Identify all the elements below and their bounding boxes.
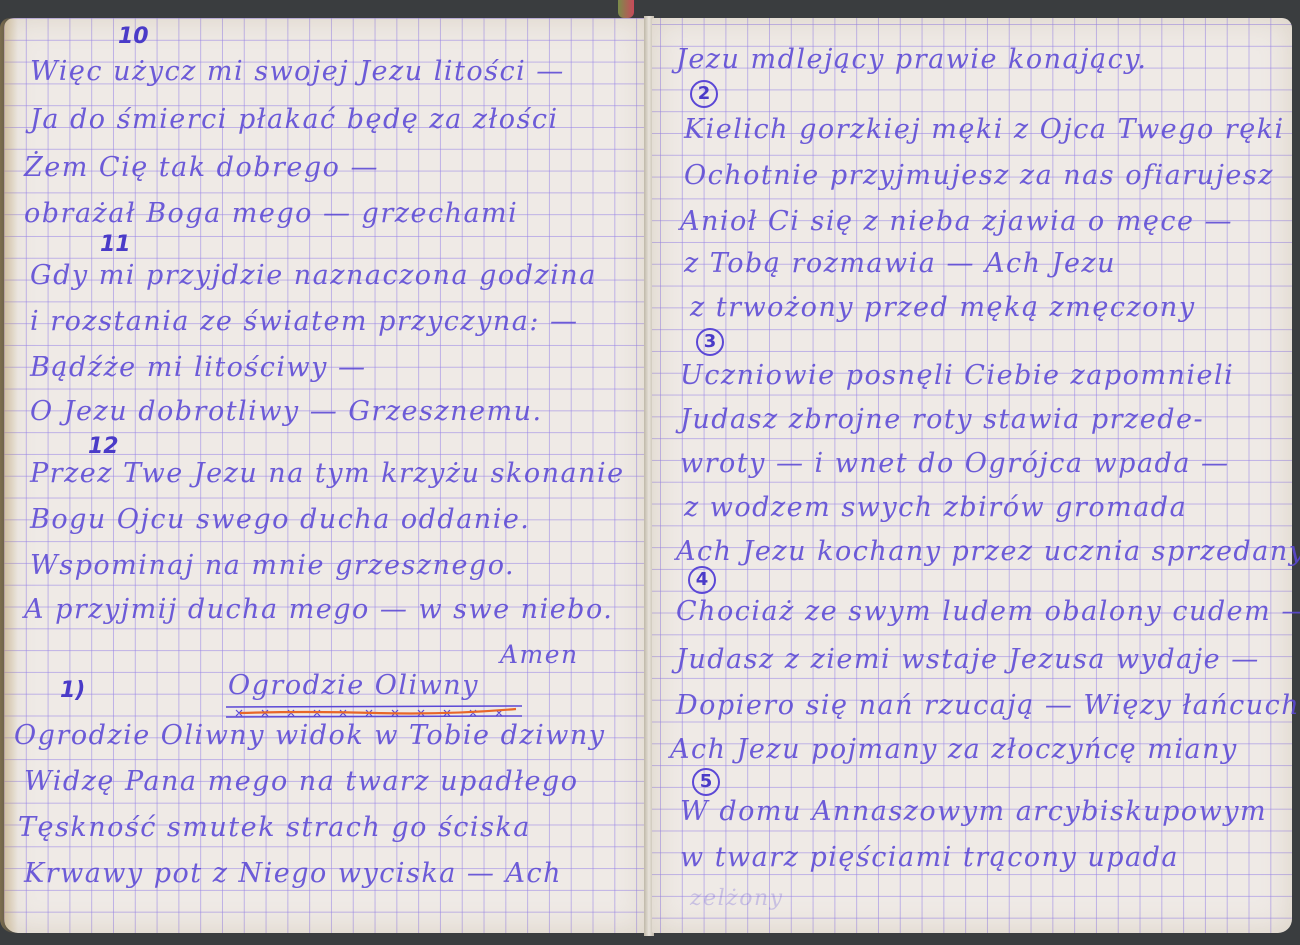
stanza-number-circled: 3 xyxy=(696,328,724,356)
text-line: Ochotnie przyjmujesz za nas ofiarujesz xyxy=(684,162,1274,189)
closing-amen: Amen xyxy=(500,642,579,667)
text-line: Judasz z ziemi wstaje Jezusa wydaje — xyxy=(676,646,1260,673)
stanza-number: 11 xyxy=(100,232,131,257)
faded-text: zelżony xyxy=(690,888,784,910)
text-line: A przyjmij ducha mego — w swe niebo. xyxy=(24,596,613,623)
binding-thread xyxy=(618,0,634,18)
text-line: Kielich gorzkiej męki z Ojca Twego ręki xyxy=(684,116,1285,143)
text-line: Chociaż ze swym ludem obalony cudem — xyxy=(676,598,1300,625)
text-line: Jezu mdlejący prawie konający. xyxy=(676,46,1147,73)
text-line: Ja do śmierci płakać będę za złości xyxy=(30,106,559,133)
text-line: Tęskność smutek strach go ściska xyxy=(18,814,531,841)
section-title: Ogrodzie Oliwny xyxy=(228,672,479,699)
text-line: Gdy mi przyjdzie naznaczona godzina xyxy=(30,262,597,289)
stanza-number-circled: 5 xyxy=(692,768,720,796)
text-line: z Tobą rozmawia — Ach Jezu xyxy=(684,250,1116,277)
text-line: Widzę Pana mego na twarz upadłego xyxy=(24,768,578,795)
text-line: Ogrodzie Oliwny widok w Tobie dziwny xyxy=(14,722,606,749)
text-line: Ach Jezu kochany przez ucznia sprzedany xyxy=(676,538,1300,565)
text-line: Bogu Ojcu swego ducha oddanie. xyxy=(30,506,530,533)
text-line: z wodzem swych zbirów gromada xyxy=(684,494,1187,521)
text-line: w twarz pięściami trącony upada xyxy=(680,844,1179,871)
text-line: Judasz zbrojne roty stawia przede- xyxy=(680,406,1204,433)
stanza-number: 10 xyxy=(118,24,149,49)
text-line: Wspominaj na mnie grzesznego. xyxy=(30,552,515,579)
text-line: wroty — i wnet do Ogrójca wpada — xyxy=(680,450,1230,477)
text-line: O Jezu dobrotliwy — Grzesznemu. xyxy=(30,398,543,425)
text-line: Dopiero się nań rzucają — Więzy łańcuch xyxy=(676,692,1300,719)
text-line: i rozstania ze światem przyczyna: — xyxy=(30,308,579,335)
text-line: Ach Jezu pojmany za złoczyńcę miany xyxy=(670,736,1238,763)
page-edge-stain xyxy=(0,18,18,933)
section-number: 1) xyxy=(60,678,85,703)
stanza-number: 12 xyxy=(88,434,119,459)
text-line: Żem Cię tak dobrego — xyxy=(24,154,379,181)
stanza-number-circled: 2 xyxy=(690,80,718,108)
text-line: Przez Twe Jezu na tym krzyżu skonanie xyxy=(30,460,625,487)
text-line: Bądźże mi litościwy — xyxy=(30,354,367,381)
text-line: z trwożony przed męką zmęczony xyxy=(690,294,1196,321)
text-line: W domu Annaszowym arcybiskupowym xyxy=(680,798,1267,825)
text-line: Krwawy pot z Niego wyciska — Ach xyxy=(24,860,562,887)
title-underline xyxy=(226,704,522,718)
stanza-number-circled: 4 xyxy=(688,566,716,594)
text-line: Uczniowie posnęli Ciebie zapomnieli xyxy=(680,362,1234,389)
text-line: Więc użycz mi swojej Jezu litości — xyxy=(30,58,565,85)
text-line: obrażał Boga mego — grzechami xyxy=(24,200,518,227)
text-line: Anioł Ci się z nieba zjawia o męce — xyxy=(680,208,1233,235)
